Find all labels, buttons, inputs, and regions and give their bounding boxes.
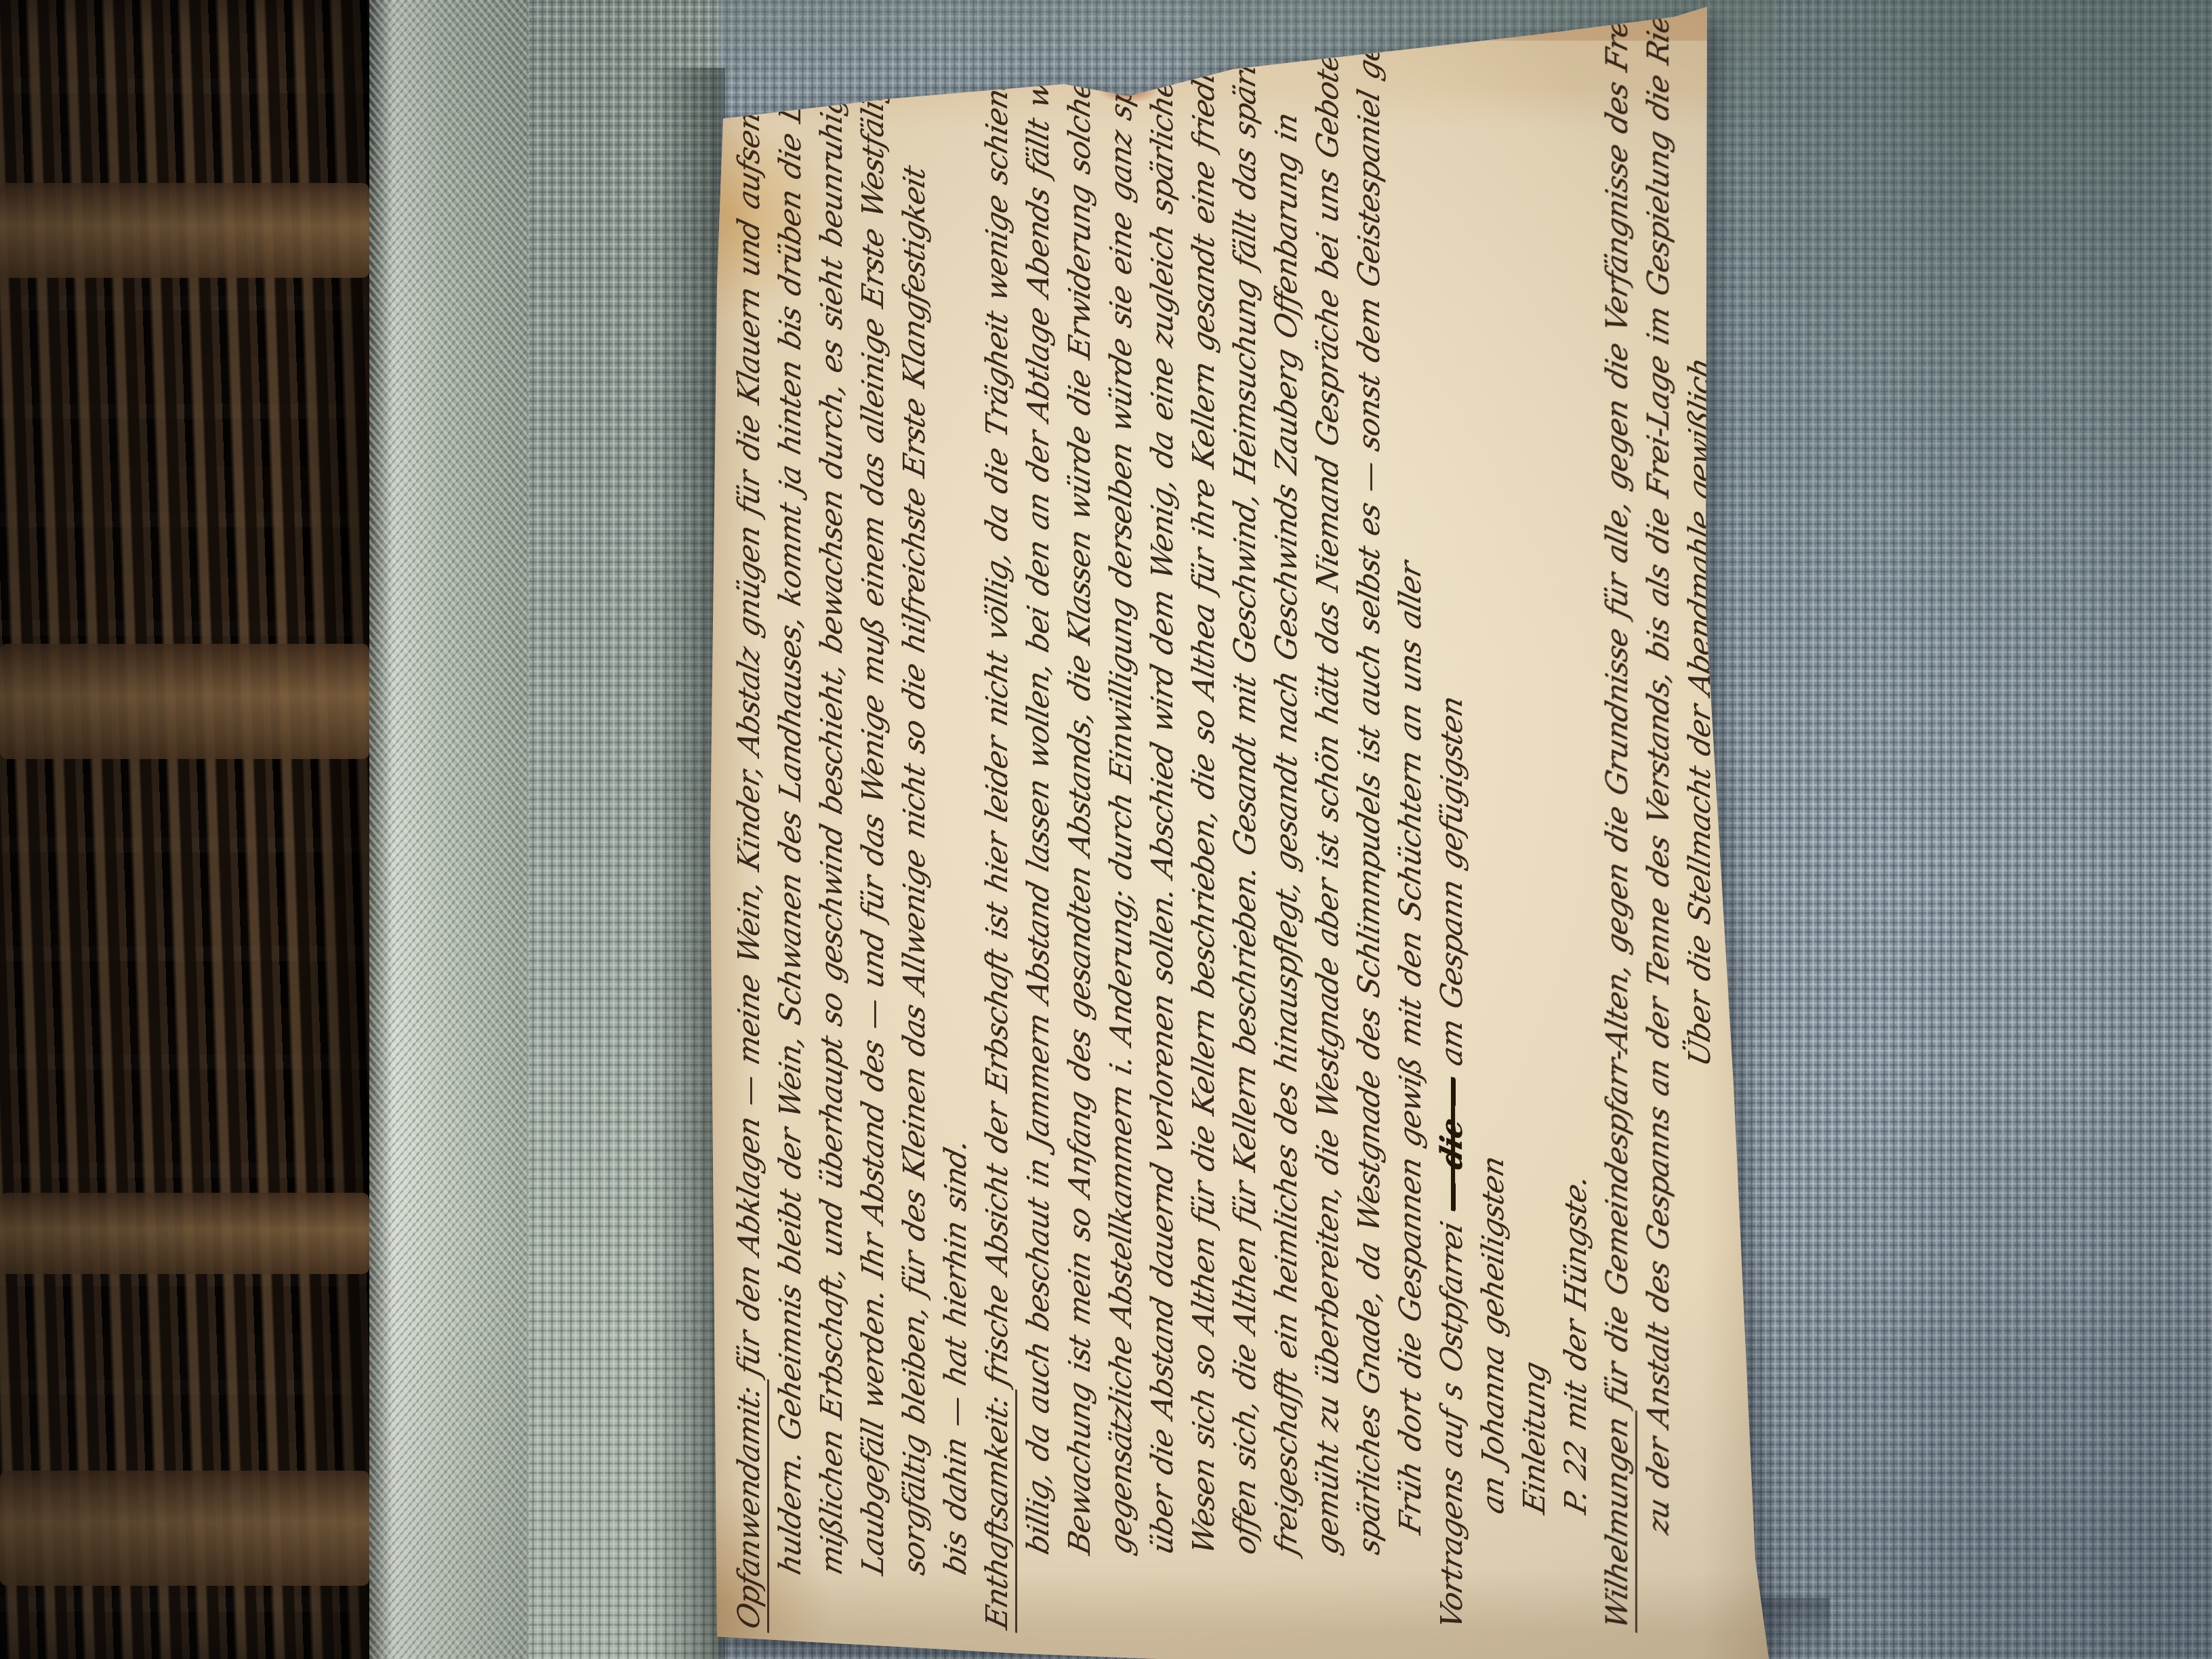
basket-weave-band xyxy=(0,183,369,278)
margin-heading: Vortragens xyxy=(1435,1452,1469,1633)
handwriting-line: an Johanna geheiligsten xyxy=(1473,64,1514,1633)
handwriting-line: Vortragens auf s Ostpfarrei — die — am G… xyxy=(1431,64,1473,1633)
basket-weave-band xyxy=(0,644,369,759)
basket-weave-band xyxy=(0,1193,369,1274)
handwriting-line: offen sich, die Althen für Kellern besch… xyxy=(1225,64,1266,1633)
handwriting-line: Über die Stellmacht der Abendmahle gewiß… xyxy=(1679,64,1721,1633)
handwriting-line: Enthaftsamkeit: frische Absicht der Erbs… xyxy=(977,64,1018,1633)
handwriting-line: gemüht zu überbereiten, die Westgnade ab… xyxy=(1307,64,1349,1633)
handwriting-line: mißlichen Erbschaft, und überhaupt so ge… xyxy=(811,64,853,1633)
handwriting-line: Wilhelmungen für die Gemeindespfarr-Alte… xyxy=(1597,64,1638,1633)
struck-through-word: — die — xyxy=(1435,1073,1469,1215)
manuscript-page: Opfanwendamit: für den Abklagen — meine … xyxy=(684,0,1796,1659)
handwriting-line: Laubgefäll werden. Ihr Abstand des — und… xyxy=(853,64,894,1633)
handwriting-rotor: Opfanwendamit: für den Abklagen — meine … xyxy=(729,75,1721,1633)
wicker-basket xyxy=(0,0,369,1659)
handwriting-line: P. 22 mit der Hüngste. xyxy=(1555,64,1597,1633)
cushion-piping-fold xyxy=(366,0,529,1659)
handwriting-line: sorgfältig bleiben, für des Kleinen das … xyxy=(894,64,935,1633)
margin-heading-underlined: Wilhelmungen xyxy=(1600,1401,1637,1633)
handwriting-line: spärliches Gnade, da Westgnade des Schli… xyxy=(1349,64,1390,1633)
manuscript-paper-surface: Opfanwendamit: für den Abklagen — meine … xyxy=(684,0,1796,1659)
margin-heading-underlined: Opfanwendamit: xyxy=(732,1370,769,1633)
handwriting-line: billig, da auch beschaut in Jammern Abst… xyxy=(1018,64,1059,1633)
basket-weave-band xyxy=(0,1471,369,1586)
handwriting-line: Wesen sich so Althen für die Kellern bes… xyxy=(1183,64,1225,1633)
margin-heading-underlined: Enthaftsamkeit: xyxy=(980,1380,1017,1633)
handwriting-line: Opfanwendamit: für den Abklagen — meine … xyxy=(729,64,770,1633)
handwriting-line: gegensätzliche Abstellkammern i. Anderun… xyxy=(1101,64,1142,1633)
handwriting-line: Früh dort die Gespannen gewiß mit den Sc… xyxy=(1390,64,1431,1633)
handwriting-area: Opfanwendamit: für den Abklagen — meine … xyxy=(729,75,1725,1654)
handwriting-line: über die Abstand dauernd verlorenen soll… xyxy=(1142,64,1183,1633)
handwriting-line: Einleitung xyxy=(1514,64,1555,1633)
photo-scene: Opfanwendamit: für den Abklagen — meine … xyxy=(0,0,2212,1659)
handwriting-line: zu der Anstalt des Gespanns an der Tenne… xyxy=(1638,64,1679,1633)
handwriting-line: freigeschafft ein heimliches des hinausp… xyxy=(1266,64,1307,1633)
handwriting-line: huldern. Geheimnis bleibt der Wein, Schw… xyxy=(770,64,811,1633)
handwriting-line: bis dahin — hat hierhin sind. xyxy=(935,64,977,1633)
handwriting-line: Bewachung ist mein so Anfang des gesandt… xyxy=(1059,64,1101,1633)
